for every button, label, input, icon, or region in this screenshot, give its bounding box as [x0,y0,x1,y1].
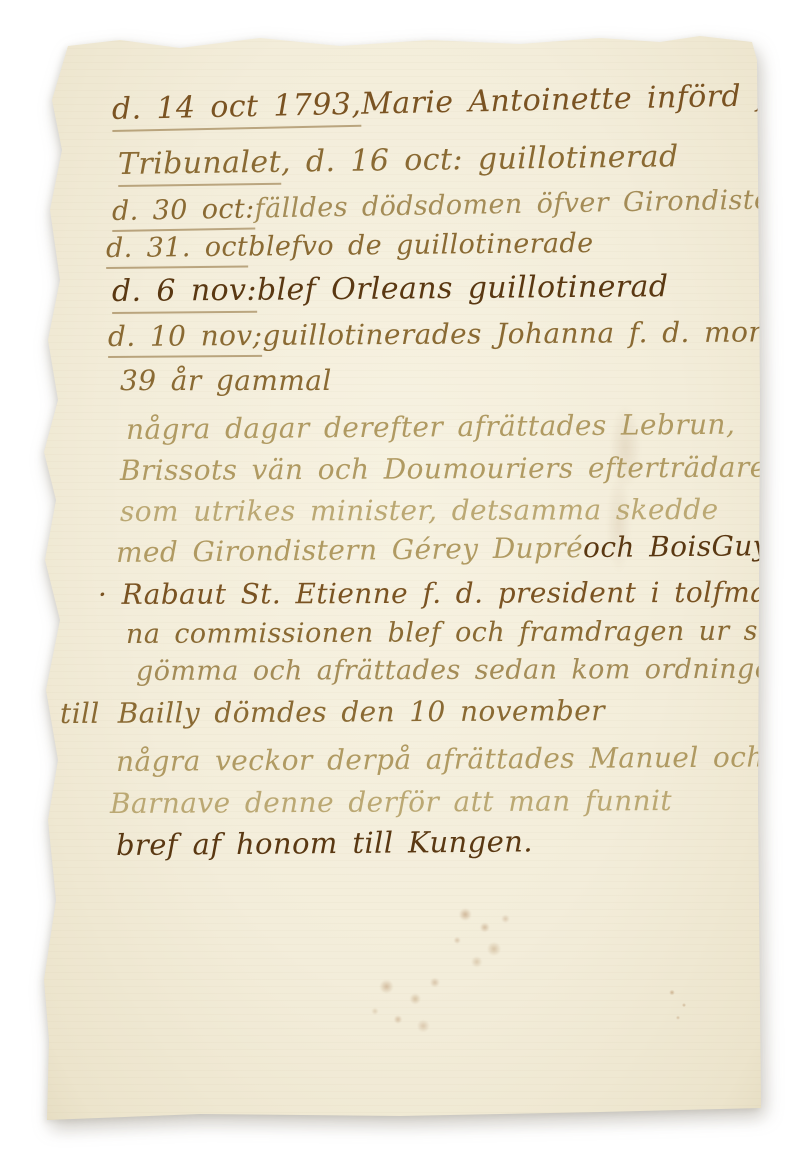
manuscript-line: med Girondistern Gérey Dupré och BoisGuy… [116,529,800,569]
manuscript-line: som utrikes minister, detsamma skedde [120,493,719,528]
manuscript-line: d. 10 nov; guillotinerades Johanna f. d.… [108,315,762,358]
line-text: några veckor derpå afrättades Manuel och [116,740,765,778]
paper-shadow: d. 14 oct 1793, Marie Antoinette införd … [0,0,800,1159]
line-text: bref af honom till Kungen. [116,824,533,862]
line-text: gömma och afrättades sedan kom ordningen [136,654,789,687]
manuscript-paper: d. 14 oct 1793, Marie Antoinette införd … [44,34,764,1126]
underlined-date: d. 30 oct: [112,194,255,232]
manuscript-line: d. 31. oct blefvo de guillotinerade [106,228,594,269]
line-text-dark: och BoisGuyon [583,529,800,564]
line-text: några dagar derefter afrättades Lebrun, [126,408,735,446]
margin-word: till [60,697,100,730]
underlined-word: Tribunalet [118,145,282,187]
manuscript-line: bref af honom till Kungen. [116,824,533,862]
underlined-date: d. 31. oct [106,232,249,269]
manuscript-line: 39 år gammal [120,364,332,397]
line-text: Brissots vän och Doumouriers efterträdar… [120,451,767,487]
manuscript-line: d. 14 oct 1793, Marie Antoinette införd … [112,78,800,132]
line-text: som utrikes minister, detsamma skedde [120,493,719,528]
stain [777,88,787,96]
underlined-date: d. 10 nov; [108,319,263,358]
manuscript-line: Barnave denne derför att man funnit [110,784,672,820]
line-text: , d. 16 oct: guillotinerad [281,139,679,180]
underlined-date: d. 14 oct 1793, [112,87,362,132]
stain [425,893,540,979]
line-text: Barnave denne derför att man funnit [110,784,672,820]
line-text: blef Orleans guillotinerad [257,269,669,308]
manuscript-line: · Rabaut St. Etienne f. d. president i t… [98,576,786,611]
stain [660,982,700,1024]
manuscript-line: några dagar derefter afrättades Lebrun, [126,408,735,446]
photo-of-manuscript: d. 14 oct 1793, Marie Antoinette införd … [0,0,800,1159]
manuscript-line: d. 6 nov: blef Orleans guillotinerad [112,269,669,314]
underlined-date: d. 6 nov: [112,273,257,314]
line-text: med Girondistern Gérey Dupré [116,531,583,569]
line-text: Marie Antoinette införd för [361,78,800,122]
line-text: Bailly dömdes den 10 november [118,694,605,730]
line-text: 39 år gammal [120,364,332,397]
stain [352,962,467,1044]
manuscript-line: gömma och afrättades sedan kom ordningen [136,654,789,687]
manuscript-line: Brissots vän och Doumouriers efterträdar… [120,451,767,487]
line-text: · Rabaut St. Etienne f. d. president i t… [98,576,786,611]
manuscript-line: Tribunalet, d. 16 oct: guillotinerad [118,139,679,187]
line-text: fälldes dödsdomen öfver Girondisterna [254,184,800,225]
line-text: na commissionen blef och framdragen ur s… [126,616,785,650]
line-text: blefvo de guillotinerade [248,228,594,263]
manuscript-line: några veckor derpå afrättades Manuel och [116,740,765,778]
manuscript-line: d. 30 oct: fälldes dödsdomen öfver Giron… [112,184,800,232]
manuscript-line: na commissionen blef och framdragen ur s… [126,616,785,650]
manuscript-line: tillBailly dömdes den 10 november [60,694,605,730]
line-text: guillotinerades Johanna f. d. mor [262,315,762,351]
